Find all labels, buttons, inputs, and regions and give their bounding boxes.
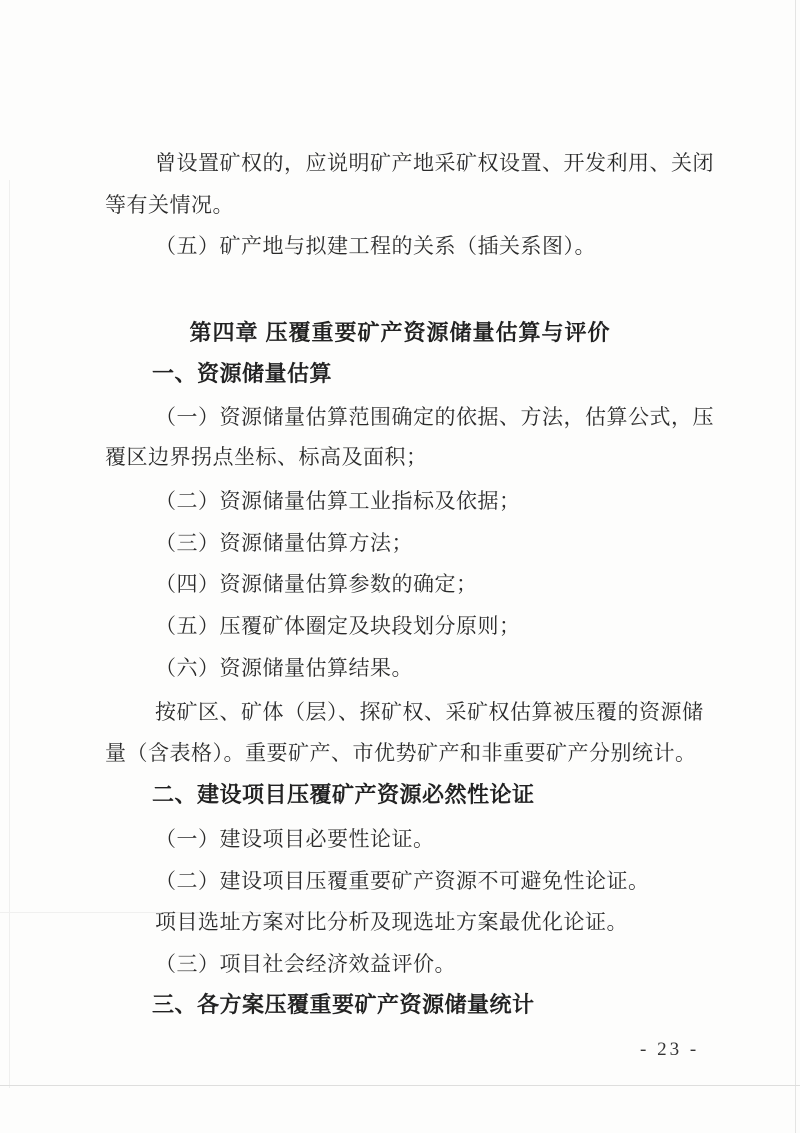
paragraph-line: 量（含表格）。重要矿产、市优势矿产和非重要矿产分别统计。	[105, 740, 697, 766]
list-item: （一）资源储量估算范围确定的依据、方法，估算公式，压	[155, 404, 714, 430]
chapter-heading: 第四章 压覆重要矿产资源储量估算与评价	[0, 319, 800, 347]
list-item-continuation: 覆区边界拐点坐标、标高及面积；	[105, 444, 428, 470]
paragraph-line: 按矿区、矿体（层）、探矿权、采矿权估算被压覆的资源储	[155, 699, 704, 725]
list-item: （二）资源储量估算工业指标及依据；	[155, 488, 521, 514]
section-heading-1: 一、资源储量估算	[152, 360, 332, 388]
section-heading-2: 二、建设项目压覆矿产资源必然性论证	[152, 781, 535, 809]
list-item: （二）建设项目压覆重要矿产资源不可避免性论证。	[155, 868, 650, 894]
scan-edge-right	[795, 0, 796, 1133]
list-item: （五）压覆矿体圈定及块段划分原则；	[155, 613, 521, 639]
list-item: （一）建设项目必要性论证。	[155, 826, 435, 852]
list-item: （六）资源储量估算结果。	[155, 655, 413, 681]
paragraph-line: 等有关情况。	[105, 192, 234, 218]
scan-edge-bottom	[0, 1085, 800, 1086]
paragraph-line: 项目选址方案对比分析及现选址方案最优化论证。	[155, 909, 628, 935]
section-heading-3: 三、各方案压覆重要矿产资源储量统计	[152, 991, 535, 1019]
scan-edge-left	[9, 180, 10, 1088]
list-item: （四）资源储量估算参数的确定；	[155, 571, 478, 597]
list-item-five-relation: （五）矿产地与拟建工程的关系（插关系图）。	[155, 233, 596, 259]
page-number: - 23 -	[640, 1039, 699, 1061]
document-page: 曾设置矿权的，应说明矿产地采矿权设置、开发利用、关闭 等有关情况。 （五）矿产地…	[0, 0, 800, 1133]
list-item: （三）项目社会经济效益评价。	[155, 951, 456, 977]
paragraph-line: 曾设置矿权的，应说明矿产地采矿权设置、开发利用、关闭	[155, 150, 714, 176]
list-item: （三）资源储量估算方法；	[155, 530, 413, 556]
